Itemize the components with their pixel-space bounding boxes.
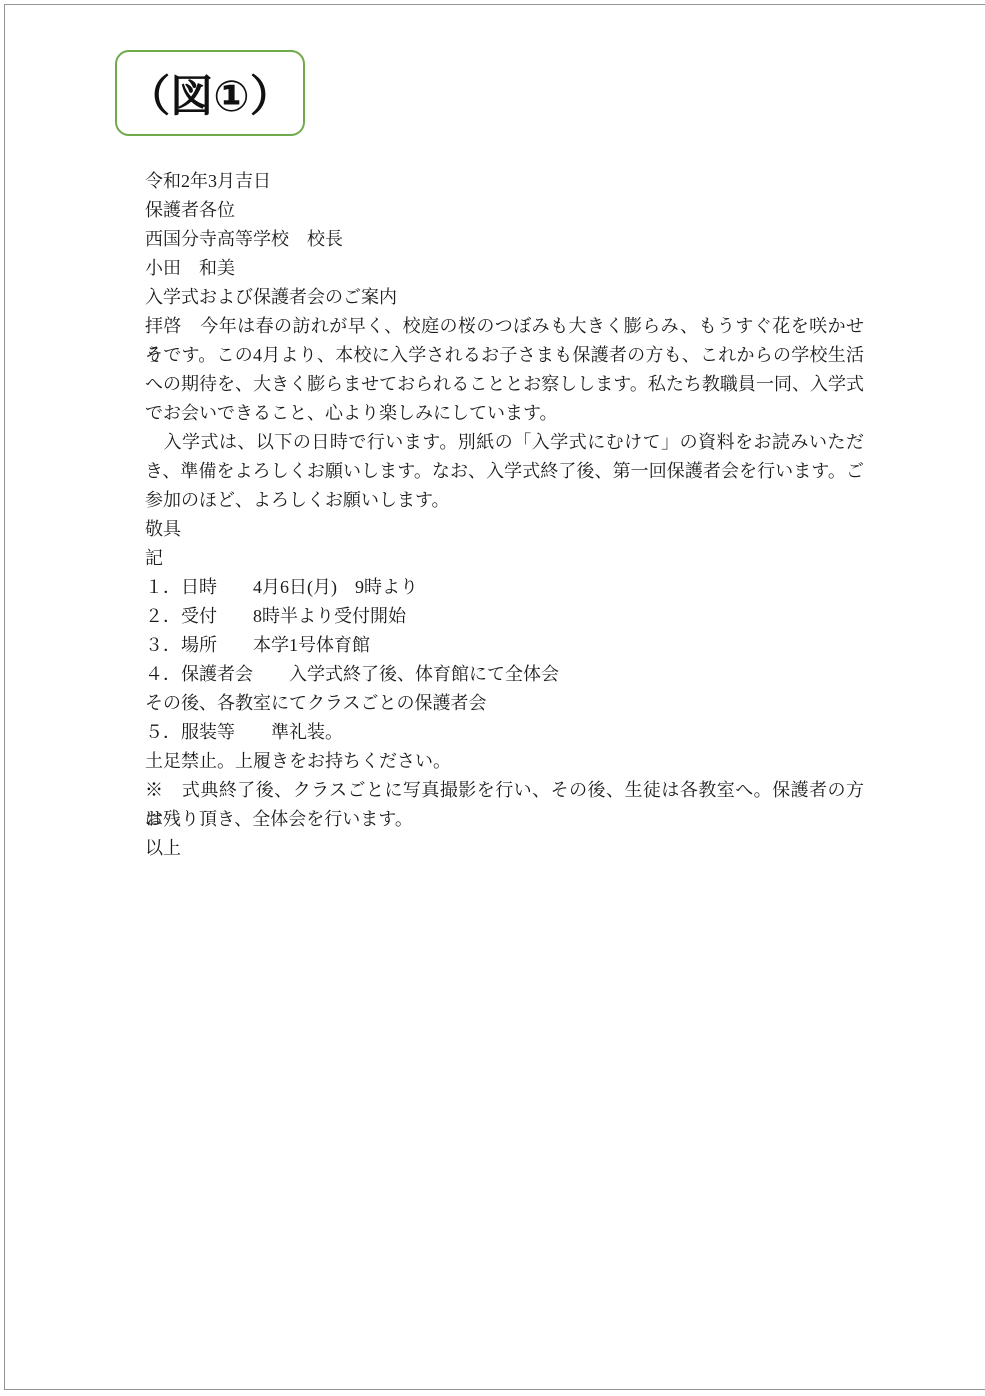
doc-line-ki: 記 <box>145 544 864 573</box>
figure-label: （図①） <box>127 63 292 124</box>
letter-document: 令和2年3月吉日 保護者各位 西国分寺高等学校 校長 小田 和美 入学式および保… <box>145 167 864 863</box>
doc-line-item-dresscode: ５．服装等 準礼装。 <box>145 718 864 747</box>
doc-line-item-place: ３．場所 本学1号体育館 <box>145 631 864 660</box>
doc-line-item-parents: ４．保護者会 入学式終了後、体育館にて全体会 <box>145 660 864 689</box>
doc-line-subject: 入学式および保護者会のご案内 <box>145 283 864 312</box>
doc-line-ijou: 以上 <box>145 834 864 863</box>
doc-line: うです。この4月より、本校に入学されるお子さまも保護者の方も、これからの学校生活 <box>145 341 864 370</box>
doc-line-item-datetime: １．日時 4月6日(月) 9時より <box>145 573 864 602</box>
doc-line: でお会いできること、心より楽しみにしています。 <box>145 399 864 428</box>
doc-line: 土足禁止。上履きをお持ちください。 <box>145 747 864 776</box>
doc-line: き、準備をよろしくお願いします。なお、入学式終了後、第一回保護者会を行います。ご <box>145 457 864 486</box>
doc-line-keigu: 敬具 <box>145 515 864 544</box>
doc-line-school: 西国分寺高等学校 校長 <box>145 225 864 254</box>
doc-line: その後、各教室にてクラスごとの保護者会 <box>145 689 864 718</box>
doc-line: 拝啓 今年は春の訪れが早く、校庭の桜のつぼみも大きく膨らみ、もうすぐ花を咲かせそ <box>145 312 864 341</box>
doc-line-date: 令和2年3月吉日 <box>145 167 864 196</box>
doc-line-item-reception: ２．受付 8時半より受付開始 <box>145 602 864 631</box>
doc-line-note: ※ 式典終了後、クラスごとに写真撮影を行い、その後、生徒は各教室へ。保護者の方は <box>145 776 864 805</box>
doc-line-principal: 小田 和美 <box>145 254 864 283</box>
doc-line-addressee: 保護者各位 <box>145 196 864 225</box>
doc-line: 入学式は、以下の日時で行います。別紙の「入学式にむけて」の資料をお読みいただ <box>145 428 864 457</box>
doc-line: お残り頂き、全体会を行います。 <box>145 805 864 834</box>
doc-line: への期待を、大きく膨らませておられることとお察しします。私たち教職員一同、入学式 <box>145 370 864 399</box>
figure-label-box: （図①） <box>115 50 305 136</box>
doc-line: 参加のほど、よろしくお願いします。 <box>145 486 864 515</box>
